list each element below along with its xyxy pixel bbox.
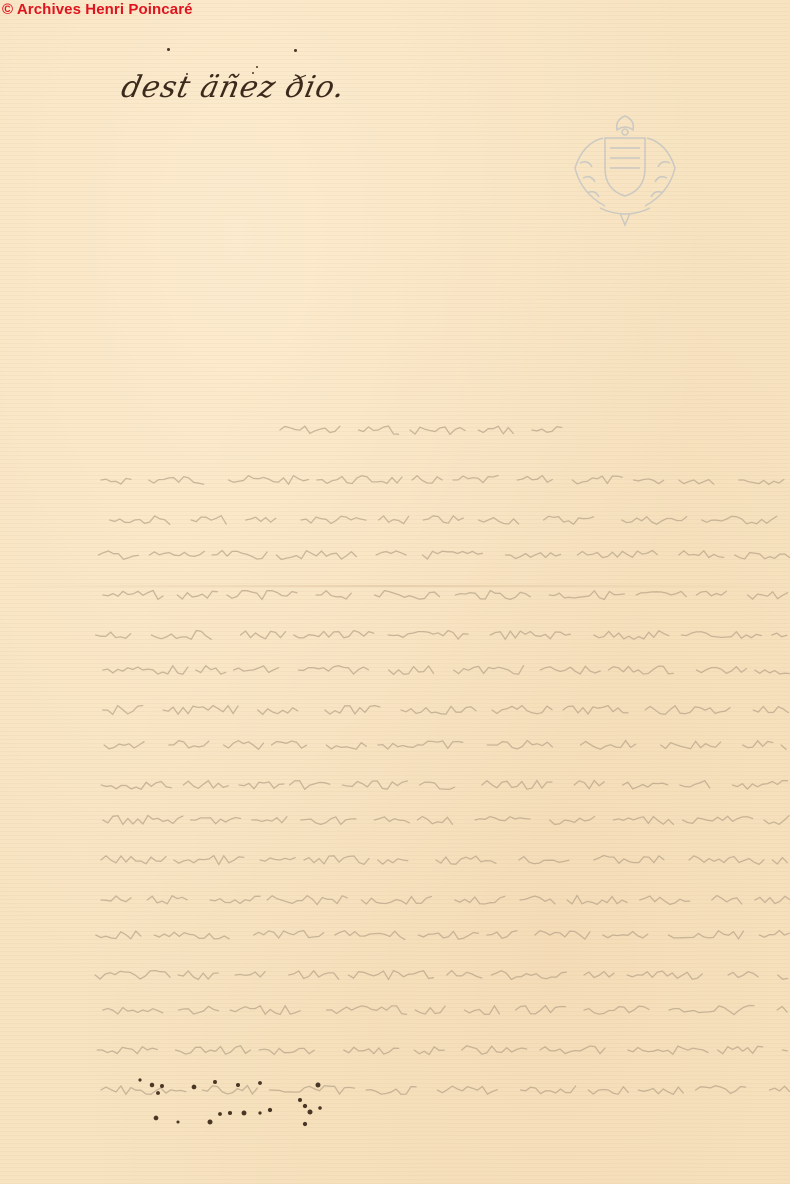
- letter-page: © Archives Henri Poincaré dest äñez ðio.: [0, 0, 790, 1184]
- ink-specks: [0, 0, 790, 1184]
